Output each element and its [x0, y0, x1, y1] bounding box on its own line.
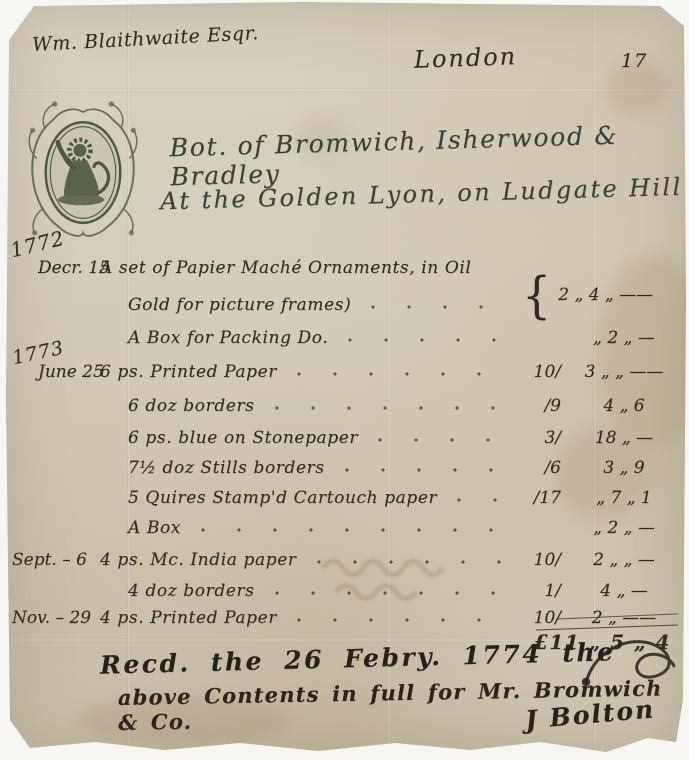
entry-description: 6 ps. blue on Stonepaper [128, 428, 358, 448]
dot-leaders [378, 436, 509, 444]
entry-description: 4 ps. Printed Paper [100, 608, 277, 628]
entry-date: Decr. 15 [0, 258, 100, 278]
ledger-row: 7½ doz Stills borders /6 3 „ 9 [0, 458, 681, 484]
dot-leaders [297, 370, 509, 378]
entry-amount: 18 „ — [567, 428, 681, 448]
receipt-line-1: Recd. the 26 Febry. 1774 the [100, 637, 616, 679]
dot-leaders [297, 616, 509, 624]
dot-leaders [457, 496, 509, 504]
dot-leaders [201, 526, 509, 534]
dot-leaders [491, 266, 509, 274]
ledger-row: A Box for Packing Do. „ 2 „ — [0, 328, 681, 354]
entry-amount: „ 2 „ — [567, 518, 681, 538]
entry-unit-price: /17 [519, 488, 567, 508]
entry-amount: 3 „ 9 [567, 458, 681, 478]
dot-leaders [275, 404, 509, 412]
entry-amount: 2 „ „ — [567, 550, 681, 570]
entry-description: 4 ps. Mc. India paper [100, 550, 297, 570]
paper-crease [0, 88, 689, 92]
city-name: London [414, 42, 518, 74]
entry-unit-price: 1/ [519, 581, 567, 601]
entry-date: June 25 [0, 362, 100, 382]
curly-bracket: { [522, 270, 551, 320]
entry-description: A set of Papier Maché Ornaments, in Oil [100, 258, 471, 278]
entry-unit-price: 10/ [519, 550, 567, 570]
entry-unit-price: /6 [519, 458, 567, 478]
addressee: Wm. Blaithwaite Esqr. [32, 22, 260, 56]
entry-unit-price: 10/ [519, 362, 567, 382]
entry-amount: 2 „ 4 „ —— [558, 285, 653, 305]
bracketed-amount: { 2 „ 4 „ —— [522, 272, 653, 318]
ink-flourish [578, 630, 686, 702]
entry-amount: „ 2 „ — [567, 328, 681, 348]
ledger-row: 6 ps. blue on Stonepaper 3/ 18 „ — [0, 428, 681, 454]
dot-leaders [371, 303, 509, 311]
entry-description: 7½ doz Stills borders [128, 458, 325, 478]
entry-unit-price: /9 [519, 396, 567, 416]
ledger-row: 6 doz borders /9 4 „ 6 [0, 396, 681, 422]
invoice-paper: Wm. Blaithwaite Esqr. London 17 [0, 0, 689, 760]
dot-leaders [345, 466, 509, 474]
golden-lion-crest-icon [22, 98, 144, 244]
entry-description: Gold for picture frames) [128, 295, 351, 315]
ledger-row: June 25 6 ps. Printed Paper 10/ 3 „ „ —— [0, 362, 681, 388]
entry-amount: 3 „ „ —— [567, 362, 681, 382]
scan-background: Wm. Blaithwaite Esqr. London 17 [0, 0, 689, 760]
entry-date: Sept. – 6 [0, 550, 100, 570]
entry-amount: „ 7 „ 1 [567, 488, 681, 508]
entry-description: 6 ps. Printed Paper [100, 362, 277, 382]
entry-date: Nov. – 29 [0, 608, 100, 628]
entry-unit-price: 3/ [519, 428, 567, 448]
folio-number: 17 [621, 50, 647, 72]
entry-description: A Box [128, 518, 181, 538]
dot-leaders [348, 336, 509, 344]
ink-bleedthrough [318, 546, 478, 610]
ledger-row: A Box „ 2 „ — [0, 518, 681, 544]
year-label-1772: 1772 [8, 226, 67, 263]
entry-description: 5 Quires Stamp'd Cartouch paper [128, 488, 437, 508]
entry-amount: 4 „ — [567, 581, 681, 601]
entry-description: A Box for Packing Do. [128, 328, 328, 348]
entry-description: 6 doz borders [128, 396, 255, 416]
ledger-row: 5 Quires Stamp'd Cartouch paper /17 „ 7 … [0, 488, 681, 514]
entry-amount: 4 „ 6 [567, 396, 681, 416]
entry-description: 4 doz borders [128, 581, 255, 601]
